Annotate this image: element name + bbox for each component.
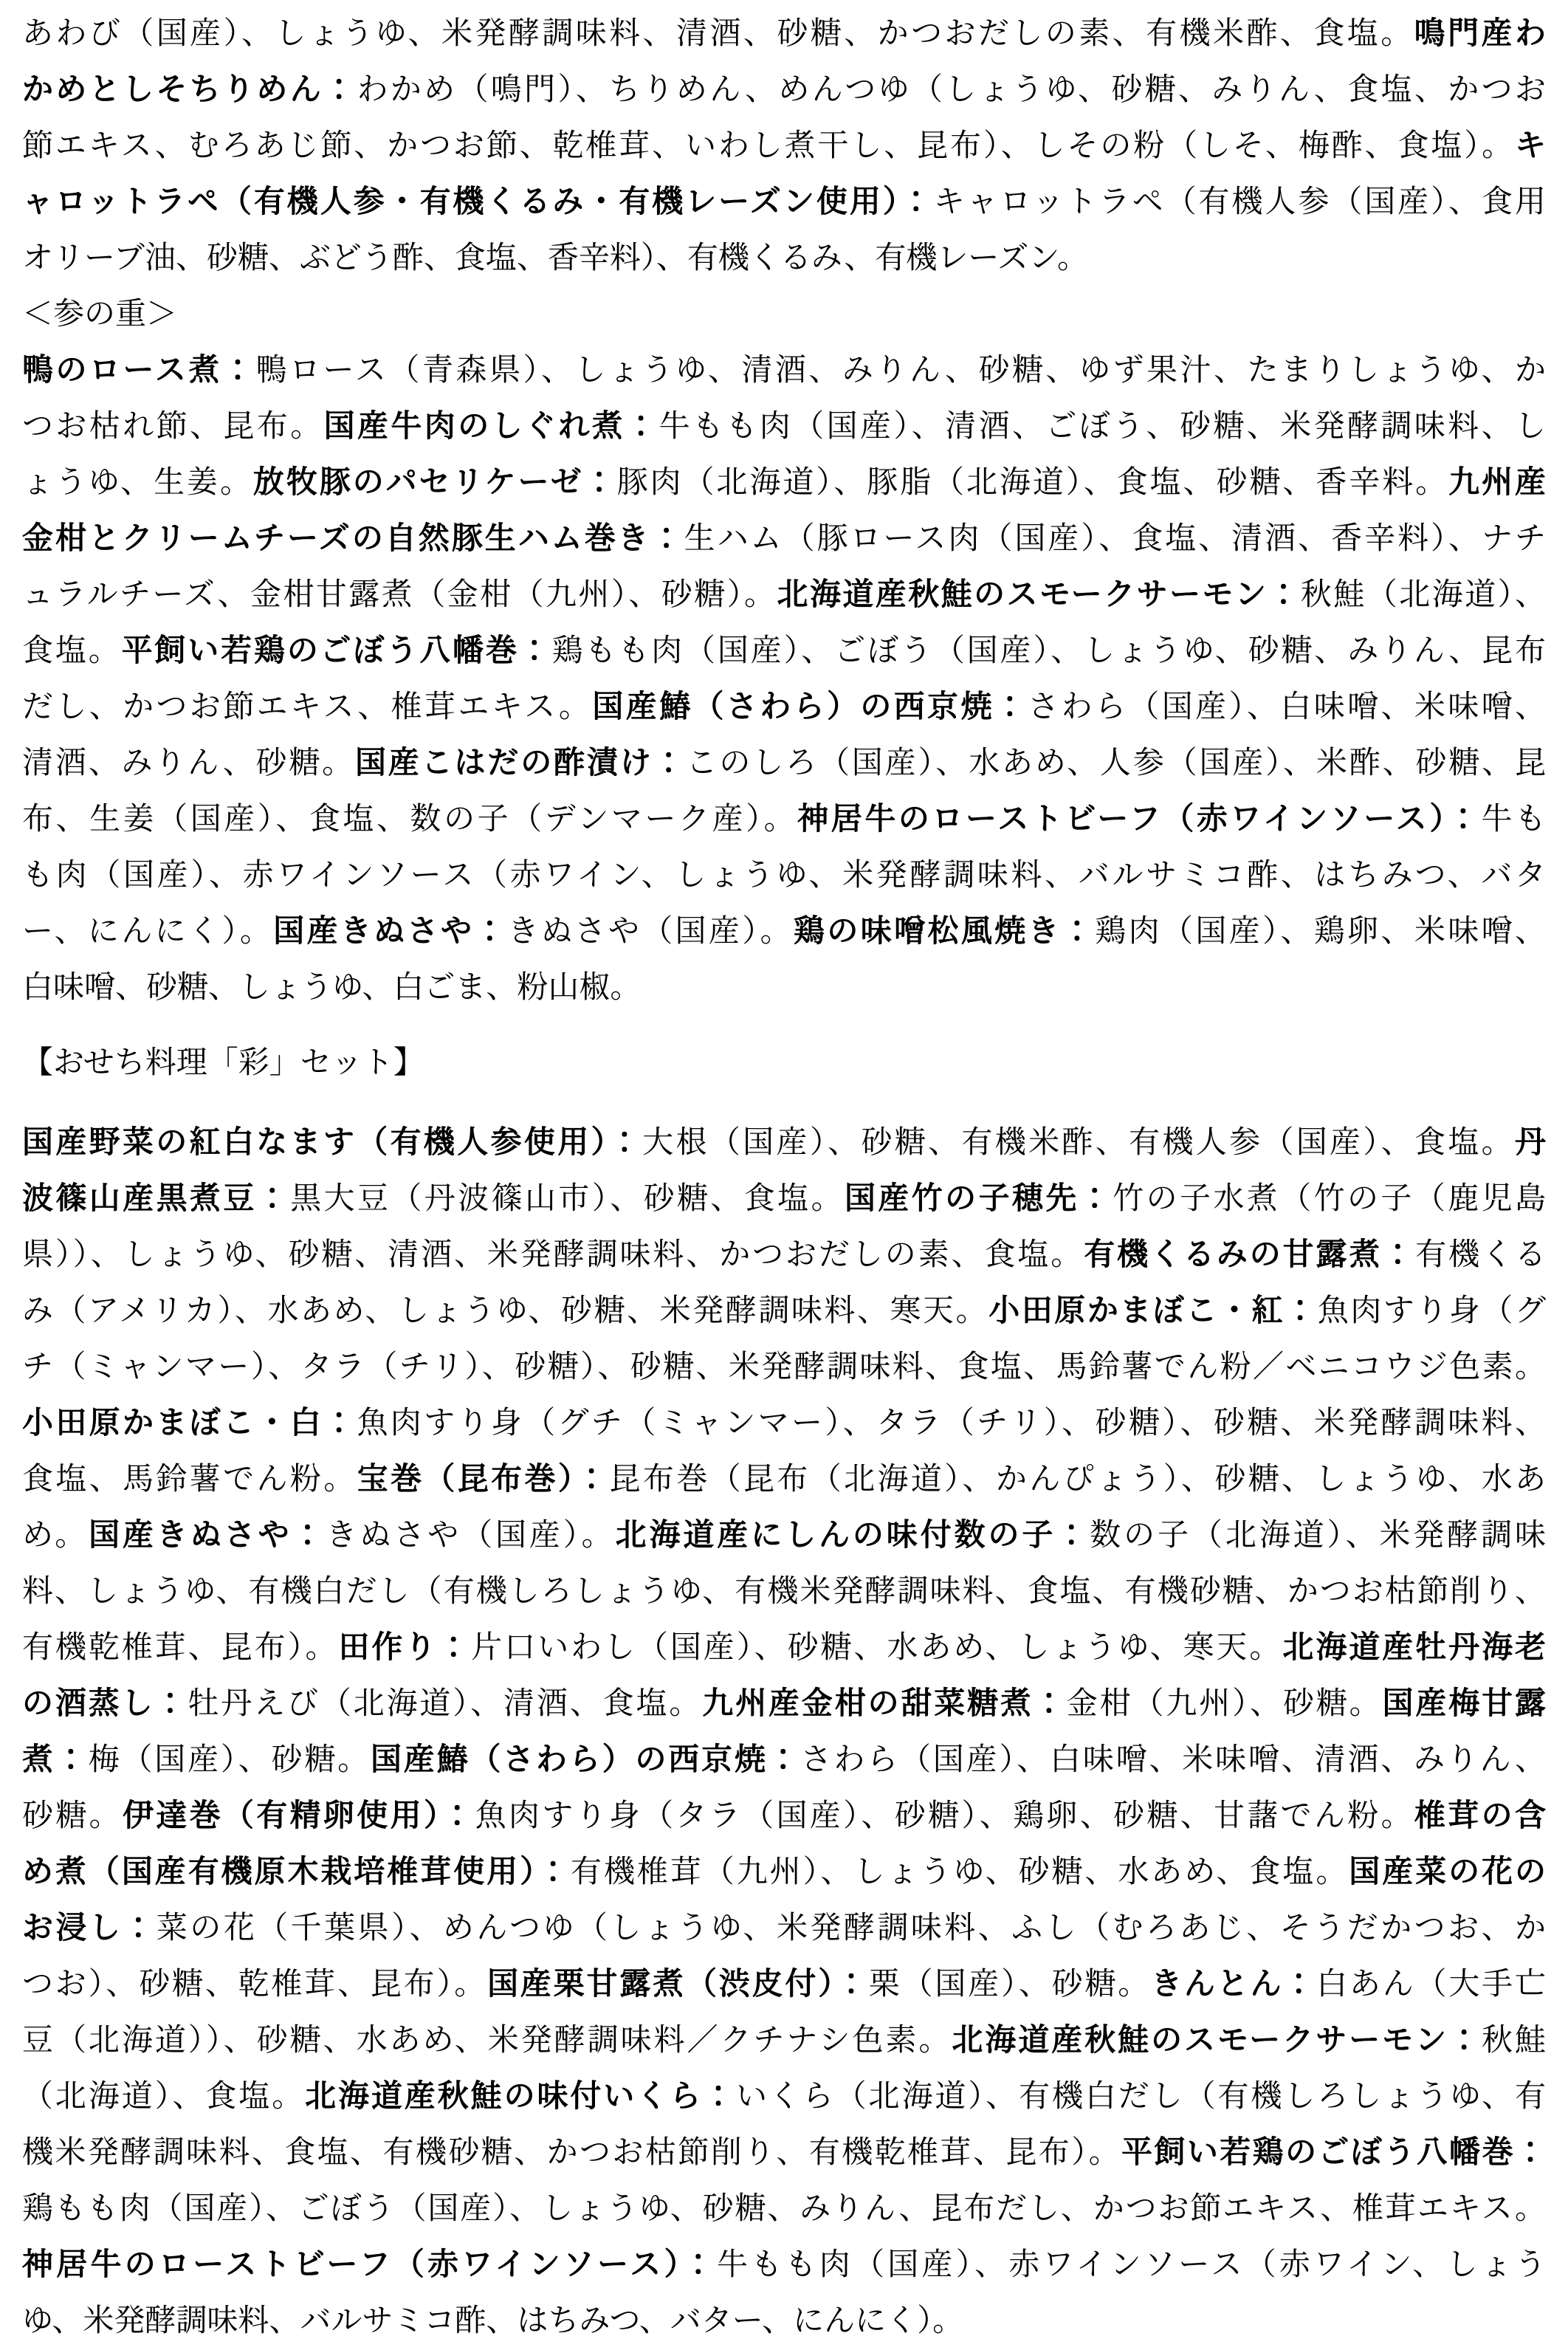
- text-line: 県））、しょうゆ、砂糖、清酒、米発酵調味料、かつおだしの素、食塩。有機くるみの甘…: [22, 1227, 1546, 1283]
- document-page: あわび（国産）、しょうゆ、米発酵調味料、清酒、砂糖、かつおだしの素、有機米酢、食…: [0, 0, 1568, 2349]
- ingredients-text: さわら（国産）、白味噌、米味噌、: [1028, 690, 1546, 724]
- dish-name: 有機くるみの甘露煮：: [1084, 1238, 1415, 1272]
- text-line: チ（ミャンマー）、タラ（チリ）、砂糖）、砂糖、米発酵調味料、食塩、馬鈴薯でん粉／…: [22, 1339, 1546, 1395]
- dish-name: 北海道産にしんの味付数の子：: [616, 1519, 1090, 1553]
- dish-name: 国産鰆（さわら）の西京焼：: [371, 1743, 801, 1777]
- text-line: 砂糖。伊達巻（有精卵使用）：魚肉すり身（タラ（国産）、砂糖）、鶏卵、砂糖、甘藷で…: [22, 1788, 1546, 1844]
- ingredients-text: 鶏もも肉（国産）、ごぼう（国産）、しょうゆ、砂糖、みりん、昆布だし、かつお節エキ…: [22, 2192, 1546, 2226]
- dish-name: 田作り：: [338, 1631, 471, 1665]
- dish-name: ャロットラペ（有機人参・有機くるみ・有機レーズン使用）：: [22, 185, 934, 219]
- text-line: 食塩、馬鈴薯でん粉。宝巻（昆布巻）：昆布巻（昆布（北海道）、かんぴょう）、砂糖、…: [22, 1451, 1546, 1508]
- text-line: つお枯れ節、昆布。国産牛肉のしぐれ煮：牛もも肉（国産）、清酒、ごぼう、砂糖、米発…: [22, 399, 1546, 455]
- dish-name: 神居牛のローストビーフ（赤ワインソース）：: [22, 2248, 717, 2282]
- ingredients-text: 栗（国産）、砂糖。: [869, 1968, 1151, 2002]
- ingredients-text: 有機乾椎茸、昆布）。: [22, 1631, 338, 1665]
- text-line: ュラルチーズ、金柑甘露煮（金柑（九州）、砂糖）。北海道産秋鮭のスモークサーモン：…: [22, 567, 1546, 623]
- dish-name: 小田原かまぼこ・紅：: [988, 1294, 1318, 1328]
- ingredients-text: ュラルチーズ、金柑甘露煮（金柑（九州）、砂糖）。: [22, 578, 777, 612]
- dish-name: 丹: [1515, 1126, 1546, 1160]
- dish-name: 平飼い若鶏のごぼう八幡巻：: [122, 634, 552, 668]
- ingredients-text: 牛もも肉（国産）、清酒、ごぼう、砂糖、米発酵調味料、し: [659, 410, 1546, 444]
- dish-name: 国産鰆（さわら）の西京焼：: [592, 690, 1028, 724]
- text-line: の酒蒸し：牡丹えび（北海道）、清酒、食塩。九州産金柑の甜菜糖煮：金柑（九州）、砂…: [22, 1676, 1546, 1732]
- text-line: 有機乾椎茸、昆布）。田作り：片口いわし（国産）、砂糖、水あめ、しょうゆ、寒天。北…: [22, 1620, 1546, 1676]
- dish-name: お浸し：: [22, 1911, 157, 1945]
- ingredients-text: 魚肉すり身（タラ（国産）、砂糖）、鶏卵、砂糖、甘藷でん粉。: [475, 1799, 1414, 1833]
- ingredients-text: だし、かつお節エキス、椎茸エキス。: [22, 690, 592, 724]
- ingredients-text: つお）、砂糖、乾椎茸、昆布）。: [22, 1968, 487, 2002]
- dish-name: 国産野菜の紅白なます（有機人参使用）：: [22, 1126, 642, 1160]
- paragraph-irodori-set: 国産野菜の紅白なます（有機人参使用）：大根（国産）、砂糖、有機米酢、有機人参（国…: [22, 1115, 1546, 2349]
- ingredients-text: 鶏もも肉（国産）、ごぼう（国産）、しょうゆ、砂糖、みりん、昆布: [552, 634, 1546, 668]
- ingredients-text: 機米発酵調味料、食塩、有機砂糖、かつお枯節削り、有機乾椎茸、昆布）。: [22, 2136, 1121, 2170]
- ingredients-text: 大根（国産）、砂糖、有機米酢、有機人参（国産）、食塩。: [642, 1126, 1515, 1160]
- ingredients-text: 秋鮭: [1482, 2024, 1546, 2058]
- dish-name: め煮（国産有機原木栽培椎茸使用）：: [22, 1855, 571, 1889]
- ingredients-text: オリーブ油、砂糖、ぶどう酢、食塩、香辛料）、有機くるみ、有機レーズン。: [22, 241, 1088, 275]
- ingredients-text: 生ハム（豚ロース肉（国産）、食塩、清酒、香辛料）、ナチ: [684, 522, 1546, 556]
- dish-name: 北海道産秋鮭の味付いくら：: [305, 2080, 736, 2114]
- ingredients-text: 牛もも肉（国産）、赤ワインソース（赤ワイン、しょう: [717, 2248, 1546, 2282]
- dish-name: 国産きぬさや：: [273, 915, 508, 949]
- dish-name: 国産こはだの酢漬け：: [355, 746, 687, 780]
- text-line: お浸し：菜の花（千葉県）、めんつゆ（しょうゆ、米発酵調味料、ふし（むろあじ、そう…: [22, 1900, 1546, 1956]
- ingredients-text: きぬさや（国産）。: [326, 1519, 615, 1553]
- text-line: 金柑とクリームチーズの自然豚生ハム巻き：生ハム（豚ロース肉（国産）、食塩、清酒、…: [22, 511, 1546, 567]
- text-line: ょうゆ、生姜。放牧豚のパセリケーゼ：豚肉（北海道）、豚脂（北海道）、食塩、砂糖、…: [22, 455, 1546, 511]
- text-line: 清酒、みりん、砂糖。国産こはだの酢漬け：このしろ（国産）、水あめ、人参（国産）、…: [22, 735, 1546, 791]
- ingredients-text: 数の子（北海道）、米発酵調味: [1090, 1519, 1546, 1553]
- text-line: 小田原かまぼこ・白：魚肉すり身（グチ（ミャンマー）、タラ（チリ）、砂糖）、砂糖、…: [22, 1395, 1546, 1451]
- ingredients-text: 有機くる: [1415, 1238, 1546, 1272]
- ingredients-text: 金柑（九州）、砂糖。: [1067, 1687, 1383, 1721]
- ingredients-text: 牛も: [1481, 803, 1546, 836]
- ingredients-text: み（アメリカ）、水あめ、しょうゆ、砂糖、米発酵調味料、寒天。: [22, 1294, 988, 1328]
- dish-name: 平飼い若鶏のごぼう八幡巻：: [1121, 2136, 1546, 2170]
- ingredients-text: 片口いわし（国産）、砂糖、水あめ、しょうゆ、寒天。: [471, 1631, 1282, 1665]
- text-line: だし、かつお節エキス、椎茸エキス。国産鰆（さわら）の西京焼：さわら（国産）、白味…: [22, 679, 1546, 735]
- ingredients-text: め。: [22, 1519, 89, 1553]
- text-line: ゆ、米発酵調味料、バルサミコ酢、はちみつ、バター、にんにく）。: [22, 2293, 1546, 2349]
- ingredients-text: 白あん（大手亡: [1316, 1968, 1546, 2002]
- paragraph-first-set-continuation: あわび（国産）、しょうゆ、米発酵調味料、清酒、砂糖、かつおだしの素、有機米酢、食…: [22, 6, 1546, 286]
- ingredients-text: わかめ（鳴門）、ちりめん、めんつゆ（しょうゆ、砂糖、みりん、食塩、かつお: [357, 73, 1546, 107]
- dish-name: 九州産金柑の甜菜糖煮：: [702, 1687, 1067, 1721]
- dish-name: 波篠山産黒煮豆：: [22, 1182, 290, 1216]
- dish-name: 北海道産牡丹海老: [1282, 1631, 1546, 1665]
- text-line: （北海道）、食塩。北海道産秋鮭の味付いくら：いくら（北海道）、有機白だし（有機し…: [22, 2069, 1546, 2125]
- dish-name: 国産菜の花の: [1349, 1855, 1546, 1889]
- ingredients-text: 昆布巻（昆布（北海道）、かんぴょう）、砂糖、しょうゆ、水あ: [610, 1463, 1546, 1497]
- dish-name: かめとしそちりめん：: [22, 73, 357, 107]
- ingredients-text: （北海道）、食塩。: [22, 2080, 305, 2114]
- ingredients-text: きぬさや（国産）。: [508, 915, 794, 949]
- ingredients-text: 魚肉すり身（グ: [1318, 1294, 1546, 1328]
- text-line: 白味噌、砂糖、しょうゆ、白ごま、粉山椒。: [22, 960, 1546, 1016]
- dish-name: 椎茸の含: [1414, 1799, 1546, 1833]
- text-line: 鶏もも肉（国産）、ごぼう（国産）、しょうゆ、砂糖、みりん、昆布だし、かつお節エキ…: [22, 2181, 1546, 2237]
- ingredients-text: 清酒、みりん、砂糖。: [22, 746, 355, 780]
- text-line: も肉（国産）、赤ワインソース（赤ワイン、しょうゆ、米発酵調味料、バルサミコ酢、は…: [22, 848, 1546, 904]
- dish-name: 北海道産秋鮭のスモークサーモン：: [952, 2024, 1482, 2058]
- ingredients-text: キャロットラペ（有機人参（国産）、食用: [934, 185, 1546, 219]
- dish-name: 金柑とクリームチーズの自然豚生ハム巻き：: [22, 522, 684, 556]
- dish-name: 国産栗甘露煮（渋皮付）：: [487, 1968, 869, 2002]
- ingredients-text: 竹の子水煮（竹の子（鹿児島: [1113, 1182, 1546, 1216]
- ingredients-text: 魚肉すり身（グチ（ミャンマー）、タラ（チリ）、砂糖）、砂糖、米発酵調味料、: [357, 1406, 1546, 1440]
- ingredients-text: 砂糖。: [22, 1799, 123, 1833]
- ingredients-text: 節エキス、むろあじ節、かつお節、乾椎茸、いわし煮干し、昆布）、しその粉（しそ、梅…: [22, 129, 1515, 163]
- text-line: め煮（国産有機原木栽培椎茸使用）：有機椎茸（九州）、しょうゆ、砂糖、水あめ、食塩…: [22, 1844, 1546, 1900]
- ingredients-text: 黒大豆（丹波篠山市）、砂糖、食塩。: [290, 1182, 845, 1216]
- text-line: め。国産きぬさや：きぬさや（国産）。北海道産にしんの味付数の子：数の子（北海道）…: [22, 1508, 1546, 1564]
- text-line: 豆（北海道））、砂糖、水あめ、米発酵調味料／クチナシ色素。北海道産秋鮭のスモーク…: [22, 2013, 1546, 2069]
- text-line: 神居牛のローストビーフ（赤ワインソース）：牛もも肉（国産）、赤ワインソース（赤ワ…: [22, 2237, 1546, 2293]
- ingredients-text: 梅（国産）、砂糖。: [89, 1743, 371, 1777]
- dish-name: 鳴門産わ: [1414, 17, 1546, 51]
- text-line: 節エキス、むろあじ節、かつお節、乾椎茸、いわし煮干し、昆布）、しその粉（しそ、梅…: [22, 118, 1546, 174]
- ingredients-text: 菜の花（千葉県）、めんつゆ（しょうゆ、米発酵調味料、ふし（むろあじ、そうだかつお…: [157, 1911, 1546, 1945]
- dish-name: 放牧豚のパセリケーゼ：: [253, 466, 617, 500]
- dish-name: 小田原かまぼこ・白：: [22, 1406, 357, 1440]
- ingredients-text: このしろ（国産）、水あめ、人参（国産）、米酢、砂糖、昆: [687, 746, 1546, 780]
- dish-name: 鴨のロース煮：: [22, 354, 255, 388]
- dish-name: 伊達巻（有精卵使用）：: [123, 1799, 475, 1833]
- dish-name: 国産きぬさや：: [89, 1519, 326, 1553]
- dish-name: 国産竹の子穂先：: [845, 1182, 1113, 1216]
- text-line: 波篠山産黒煮豆：黒大豆（丹波篠山市）、砂糖、食塩。国産竹の子穂先：竹の子水煮（竹…: [22, 1171, 1546, 1227]
- ingredients-text: 鴨ロース（青森県）、しょうゆ、清酒、みりん、砂糖、ゆず果汁、たまりしょうゆ、か: [255, 354, 1546, 388]
- ingredients-text: 食塩。: [22, 634, 122, 668]
- ingredients-text: 豚肉（北海道）、豚脂（北海道）、食塩、砂糖、香辛料。: [617, 466, 1448, 500]
- text-line: 国産野菜の紅白なます（有機人参使用）：大根（国産）、砂糖、有機米酢、有機人参（国…: [22, 1115, 1546, 1171]
- text-line: ャロットラペ（有機人参・有機くるみ・有機レーズン使用）：キャロットラペ（有機人参…: [22, 174, 1546, 230]
- ingredients-text: 県））、しょうゆ、砂糖、清酒、米発酵調味料、かつおだしの素、食塩。: [22, 1238, 1084, 1272]
- dish-name: きんとん：: [1151, 1968, 1316, 2002]
- text-line: み（アメリカ）、水あめ、しょうゆ、砂糖、米発酵調味料、寒天。小田原かまぼこ・紅：…: [22, 1283, 1546, 1339]
- ingredients-text: つお枯れ節、昆布。: [22, 410, 324, 444]
- text-line: ー、にんにく）。国産きぬさや：きぬさや（国産）。鶏の味噌松風焼き：鶏肉（国産）、…: [22, 904, 1546, 960]
- dish-name: 神居牛のローストビーフ（赤ワインソース）：: [797, 803, 1481, 836]
- ingredients-text: 秋鮭（北海道）、: [1301, 578, 1546, 612]
- san-no-ju-heading: ＜参の重＞: [22, 286, 1546, 343]
- ingredients-text: 料、しょうゆ、有機白だし（有機しろしょうゆ、有機米発酵調味料、食塩、有機砂糖、か…: [22, 1575, 1546, 1609]
- ingredients-text: 豆（北海道））、砂糖、水あめ、米発酵調味料／クチナシ色素。: [22, 2024, 952, 2058]
- text-line: 布、生姜（国産）、食塩、数の子（デンマーク産）。神居牛のローストビーフ（赤ワイン…: [22, 791, 1546, 848]
- text-line: オリーブ油、砂糖、ぶどう酢、食塩、香辛料）、有機くるみ、有機レーズン。: [22, 230, 1546, 286]
- irodori-set-heading: 【おせち料理「彩」セット】: [22, 1035, 1546, 1091]
- dish-name: キ: [1515, 129, 1546, 163]
- ingredients-text: さわら（国産）、白味噌、米味噌、清酒、みりん、: [801, 1743, 1546, 1777]
- dish-name: 国産牛肉のしぐれ煮：: [324, 410, 659, 444]
- ingredients-text: 白味噌、砂糖、しょうゆ、白ごま、粉山椒。: [22, 971, 641, 1005]
- ingredients-text: ゆ、米発酵調味料、バルサミコ酢、はちみつ、バター、にんにく）。: [22, 2304, 963, 2338]
- paragraph-san-no-ju: 鴨のロース煮：鴨ロース（青森県）、しょうゆ、清酒、みりん、砂糖、ゆず果汁、たまり…: [22, 343, 1546, 1016]
- text-line: 煮：梅（国産）、砂糖。国産鰆（さわら）の西京焼：さわら（国産）、白味噌、米味噌、…: [22, 1732, 1546, 1788]
- ingredients-text: 有機椎茸（九州）、しょうゆ、砂糖、水あめ、食塩。: [571, 1855, 1349, 1889]
- text-line: 鴨のロース煮：鴨ロース（青森県）、しょうゆ、清酒、みりん、砂糖、ゆず果汁、たまり…: [22, 343, 1546, 399]
- ingredients-text: チ（ミャンマー）、タラ（チリ）、砂糖）、砂糖、米発酵調味料、食塩、馬鈴薯でん粉／…: [22, 1350, 1546, 1384]
- page-body: { "page": { "background_color": "#ffffff…: [0, 0, 1568, 2350]
- ingredients-text: いくら（北海道）、有機白だし（有機しろしょうゆ、有: [736, 2080, 1546, 2114]
- dish-name: の酒蒸し：: [22, 1687, 188, 1721]
- ingredients-text: 布、生姜（国産）、食塩、数の子（デンマーク産）。: [22, 803, 797, 836]
- ingredients-text: ょうゆ、生姜。: [22, 466, 253, 500]
- text-line: 機米発酵調味料、食塩、有機砂糖、かつお枯節削り、有機乾椎茸、昆布）。平飼い若鶏の…: [22, 2125, 1546, 2181]
- text-line: つお）、砂糖、乾椎茸、昆布）。国産栗甘露煮（渋皮付）：栗（国産）、砂糖。きんとん…: [22, 1956, 1546, 2013]
- ingredients-text: ー、にんにく）。: [22, 915, 273, 949]
- text-line: 料、しょうゆ、有機白だし（有機しろしょうゆ、有機米発酵調味料、食塩、有機砂糖、か…: [22, 1564, 1546, 1620]
- ingredients-text: 牡丹えび（北海道）、清酒、食塩。: [188, 1687, 702, 1721]
- dish-name: 宝巻（昆布巻）：: [357, 1463, 610, 1497]
- dish-name: 煮：: [22, 1743, 89, 1777]
- ingredients-text: 鶏肉（国産）、鶏卵、米味噌、: [1095, 915, 1546, 949]
- text-line: 食塩。平飼い若鶏のごぼう八幡巻：鶏もも肉（国産）、ごぼう（国産）、しょうゆ、砂糖…: [22, 623, 1546, 679]
- ingredients-text: あわび（国産）、しょうゆ、米発酵調味料、清酒、砂糖、かつおだしの素、有機米酢、食…: [22, 17, 1414, 51]
- text-line: あわび（国産）、しょうゆ、米発酵調味料、清酒、砂糖、かつおだしの素、有機米酢、食…: [22, 6, 1546, 62]
- dish-name: 鶏の味噌松風焼き：: [794, 915, 1095, 949]
- dish-name: 九州産: [1448, 466, 1546, 500]
- ingredients-text: 食塩、馬鈴薯でん粉。: [22, 1463, 357, 1497]
- text-line: かめとしそちりめん：わかめ（鳴門）、ちりめん、めんつゆ（しょうゆ、砂糖、みりん、…: [22, 62, 1546, 118]
- dish-name: 北海道産秋鮭のスモークサーモン：: [777, 578, 1301, 612]
- dish-name: 国産梅甘露: [1382, 1687, 1545, 1721]
- ingredients-text: も肉（国産）、赤ワインソース（赤ワイン、しょうゆ、米発酵調味料、バルサミコ酢、は…: [22, 859, 1546, 893]
